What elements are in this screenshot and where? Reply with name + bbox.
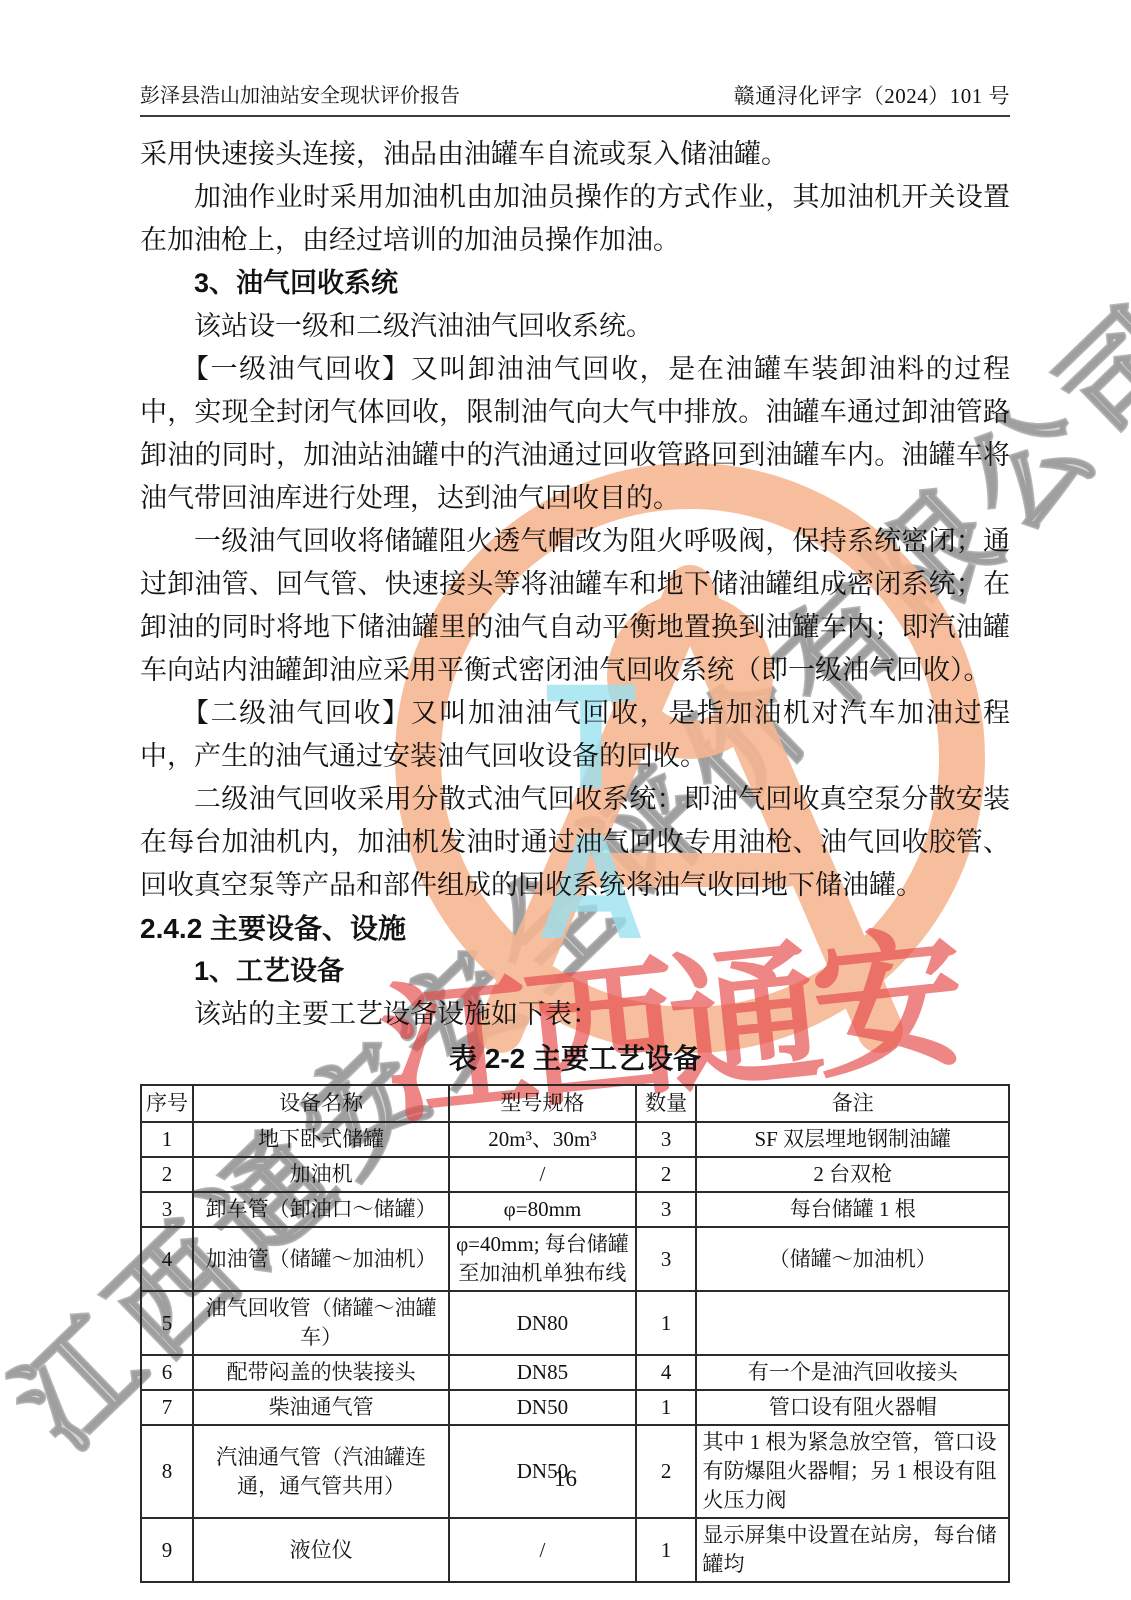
table-cell: 1 <box>636 1390 697 1425</box>
table-cell: 2 台双枪 <box>696 1157 1009 1192</box>
table-row: 4加油管（储罐～加油机）φ=40mm; 每台储罐至加油机单独布线3（储罐～加油机… <box>141 1227 1009 1291</box>
table-cell: 每台储罐 1 根 <box>696 1192 1009 1227</box>
table-cell: 地下卧式储罐 <box>193 1122 449 1157</box>
table-cell: φ=40mm; 每台储罐至加油机单独布线 <box>449 1227 636 1291</box>
doc-number: 赣通浔化评字（2024）101 号 <box>734 84 1010 108</box>
paragraph: 【一级油气回收】又叫卸油油气回收，是在油罐车装卸油料的过程中，实现全封闭气体回收… <box>140 348 1010 520</box>
table-cell: 4 <box>636 1355 697 1390</box>
document-page: 江西通安安全评价有限公司 TA 江西通安 彭泽县浩山加油站安全现状评价报告 赣通… <box>0 0 1131 1600</box>
table-cell: φ=80mm <box>449 1192 636 1227</box>
equipment-table-head-row: 序号设备名称型号规格数量备注 <box>141 1085 1009 1122</box>
paragraph: 二级油气回收采用分散式油气回收系统：即油气回收真空泵分散安装在每台加油机内，加油… <box>140 778 1010 907</box>
table-cell: 卸车管（卸油口～储罐） <box>193 1192 449 1227</box>
section-heading: 2.4.2 主要设备、设施 <box>140 907 1010 950</box>
table-cell: 2 <box>636 1157 697 1192</box>
table-row: 3卸车管（卸油口～储罐）φ=80mm3每台储罐 1 根 <box>141 1192 1009 1227</box>
report-title: 彭泽县浩山加油站安全现状评价报告 <box>140 84 460 108</box>
table-cell: 液位仪 <box>193 1518 449 1582</box>
page-number: 16 <box>554 1466 577 1491</box>
table-row: 2加油机/22 台双枪 <box>141 1157 1009 1192</box>
table-cell: 2 <box>141 1157 193 1192</box>
table-cell <box>696 1291 1009 1355</box>
table-title: 表 2-2 主要工艺设备 <box>140 1036 1010 1082</box>
page-header: 彭泽县浩山加油站安全现状评价报告 赣通浔化评字（2024）101 号 <box>140 84 1010 117</box>
table-cell: （储罐～加油机） <box>696 1227 1009 1291</box>
table-cell: 加油机 <box>193 1157 449 1192</box>
paragraph: 该站的主要工艺设备设施如下表： <box>140 993 1010 1036</box>
table-cell: / <box>449 1157 636 1192</box>
table-cell: 显示屏集中设置在站房，每台储罐均 <box>696 1518 1009 1582</box>
table-cell: 1 <box>636 1291 697 1355</box>
table-cell: 配带闷盖的快装接头 <box>193 1355 449 1390</box>
table-cell: 油气回收管（储罐～油罐车） <box>193 1291 449 1355</box>
table-cell: 6 <box>141 1355 193 1390</box>
column-header: 序号 <box>141 1085 193 1122</box>
table-cell: 管口设有阻火器帽 <box>696 1390 1009 1425</box>
table-row: 5油气回收管（储罐～油罐车）DN801 <box>141 1291 1009 1355</box>
table-cell: 7 <box>141 1390 193 1425</box>
table-cell: DN80 <box>449 1291 636 1355</box>
table-row: 7柴油通气管DN501管口设有阻火器帽 <box>141 1390 1009 1425</box>
equipment-table-body: 1地下卧式储罐20m³、30m³3SF 双层埋地钢制油罐2加油机/22 台双枪3… <box>141 1122 1009 1582</box>
paragraph: 【二级油气回收】又叫加油油气回收，是指加油机对汽车加油过程中，产生的油气通过安装… <box>140 692 1010 778</box>
column-header: 备注 <box>696 1085 1009 1122</box>
table-cell: 柴油通气管 <box>193 1390 449 1425</box>
content-blocks: 采用快速接头连接，油品由油罐车自流或泵入储油罐。加油作业时采用加油机由加油员操作… <box>140 133 1010 1036</box>
table-row: 6配带闷盖的快装接头DN854有一个是油汽回收接头 <box>141 1355 1009 1390</box>
table-cell: 3 <box>141 1192 193 1227</box>
paragraph: 该站设一级和二级汽油油气回收系统。 <box>140 305 1010 348</box>
table-cell: 20m³、30m³ <box>449 1122 636 1157</box>
table-cell: 有一个是油汽回收接头 <box>696 1355 1009 1390</box>
column-header: 设备名称 <box>193 1085 449 1122</box>
table-cell: 3 <box>636 1192 697 1227</box>
table-cell: / <box>449 1518 636 1582</box>
table-cell: 3 <box>636 1227 697 1291</box>
table-cell: 1 <box>141 1122 193 1157</box>
paragraph: 加油作业时采用加油机由加油员操作的方式作业，其加油机开关设置在加油枪上，由经过培… <box>140 176 1010 262</box>
page-content: 采用快速接头连接，油品由油罐车自流或泵入储油罐。加油作业时采用加油机由加油员操作… <box>140 133 1010 1583</box>
paragraph: 一级油气回收将储罐阻火透气帽改为阻火呼吸阀，保持系统密闭；通过卸油管、回气管、快… <box>140 520 1010 692</box>
table-cell: DN50 <box>449 1390 636 1425</box>
table-cell: 5 <box>141 1291 193 1355</box>
paragraph: 采用快速接头连接，油品由油罐车自流或泵入储油罐。 <box>140 133 1010 176</box>
page-footer: 16 <box>0 1466 1131 1492</box>
table-row: 9液位仪/1显示屏集中设置在站房，每台储罐均 <box>141 1518 1009 1582</box>
section-heading: 3、油气回收系统 <box>140 262 1010 305</box>
table-cell: SF 双层埋地钢制油罐 <box>696 1122 1009 1157</box>
table-cell: 加油管（储罐～加油机） <box>193 1227 449 1291</box>
table-cell: 1 <box>636 1518 697 1582</box>
section-heading: 1、工艺设备 <box>140 950 1010 993</box>
table-row: 1地下卧式储罐20m³、30m³3SF 双层埋地钢制油罐 <box>141 1122 1009 1157</box>
column-header: 型号规格 <box>449 1085 636 1122</box>
table-cell: 9 <box>141 1518 193 1582</box>
table-cell: 4 <box>141 1227 193 1291</box>
table-cell: DN85 <box>449 1355 636 1390</box>
equipment-table: 序号设备名称型号规格数量备注 1地下卧式储罐20m³、30m³3SF 双层埋地钢… <box>140 1084 1010 1583</box>
table-cell: 3 <box>636 1122 697 1157</box>
column-header: 数量 <box>636 1085 697 1122</box>
